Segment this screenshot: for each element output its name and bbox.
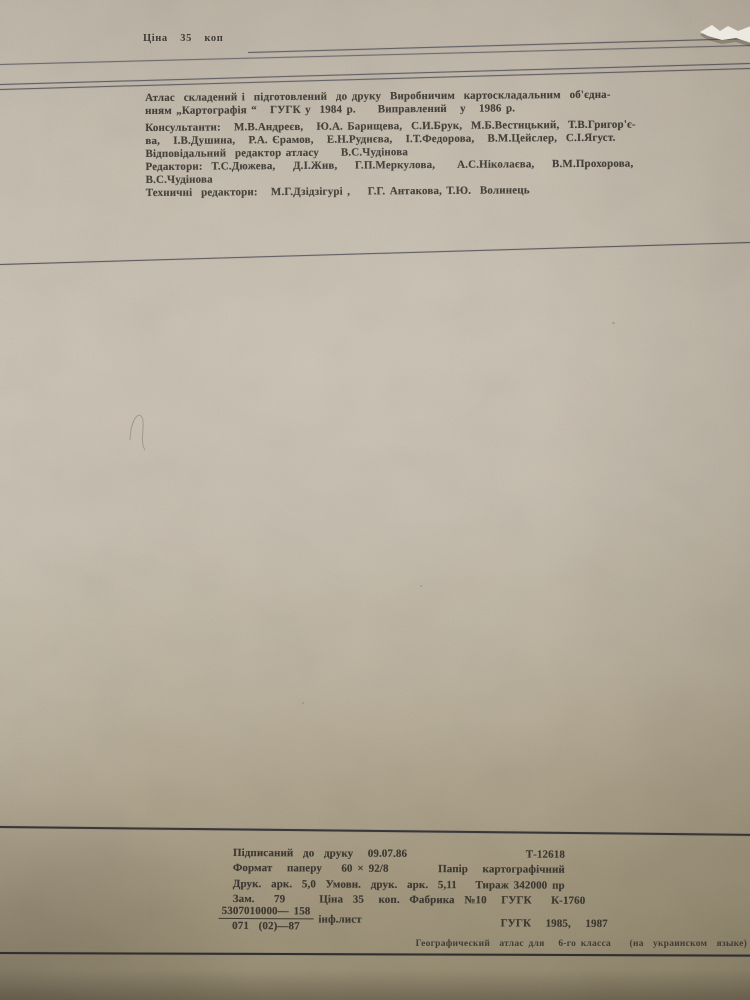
colophon-line: нням „Картографія “ ГУГК у 1984 р. Випра… <box>145 102 635 118</box>
ruled-line-bottom <box>0 952 750 956</box>
ruled-line-double-upper <box>0 63 750 85</box>
signed-to-print-label: Підписаний до друку 09.07.86 <box>233 847 407 860</box>
catalog-number-numerator: 5307010000— 158 <box>219 905 314 919</box>
ruled-line-double-lower <box>0 68 750 90</box>
paper-type-label: Папір картографічний <box>438 863 565 876</box>
paper-hair-mark <box>118 404 160 456</box>
paper-speck <box>612 322 615 324</box>
order-code: Т-12618 <box>526 849 565 861</box>
imprint-block: Підписаний до друку 09.07.86 Т-12618 Фор… <box>233 845 565 847</box>
torn-corner <box>690 18 750 54</box>
colophon-line-technical-editors: Техничні редактори: М.Г.Дзідзігурі , Г.Г… <box>146 184 636 200</box>
imprint-row-sheets: Друк. арк. 5,0 Умовн. друк. арк. 5,11 Ти… <box>233 878 565 892</box>
paper-speck <box>302 702 304 704</box>
price-label: Ціна 35 коп <box>143 33 223 44</box>
imprint-row-signed: Підписаний до друку 09.07.86 Т-12618 <box>233 847 565 861</box>
paper-format-label: Формат паперу 60 × 92/8 <box>233 862 389 875</box>
printed-sheets-label: Друк. арк. 5,0 Умовн. друк. арк. 5,11 <box>233 878 457 891</box>
atlas-back-page-photo: Ціна 35 коп Атлас складений і підготовле… <box>0 0 750 1000</box>
bottom-edition-note: Географический атлас для 6-го класса (на… <box>416 939 747 949</box>
gugk-years-label: ГУГК 1985, 1987 <box>501 917 608 930</box>
catalog-number-denominator: 071 (02)—87 <box>219 919 314 932</box>
print-run-label: Тираж 342000 пр <box>475 879 565 891</box>
paper-speck <box>420 585 422 587</box>
catalog-fraction-row: 5307010000— 158 071 (02)—87 інф.лист <box>219 905 362 933</box>
colophon-block: Атлас складений і підготовлений до друку… <box>145 89 636 200</box>
inf-list-label: інф.лист <box>318 913 361 925</box>
catalog-fraction: 5307010000— 158 071 (02)—87 <box>219 905 314 932</box>
ruled-line-above-imprint <box>0 826 750 835</box>
imprint-row-format: Формат паперу 60 × 92/8 Папір картографі… <box>233 862 565 876</box>
ruled-line-middle <box>0 242 750 265</box>
